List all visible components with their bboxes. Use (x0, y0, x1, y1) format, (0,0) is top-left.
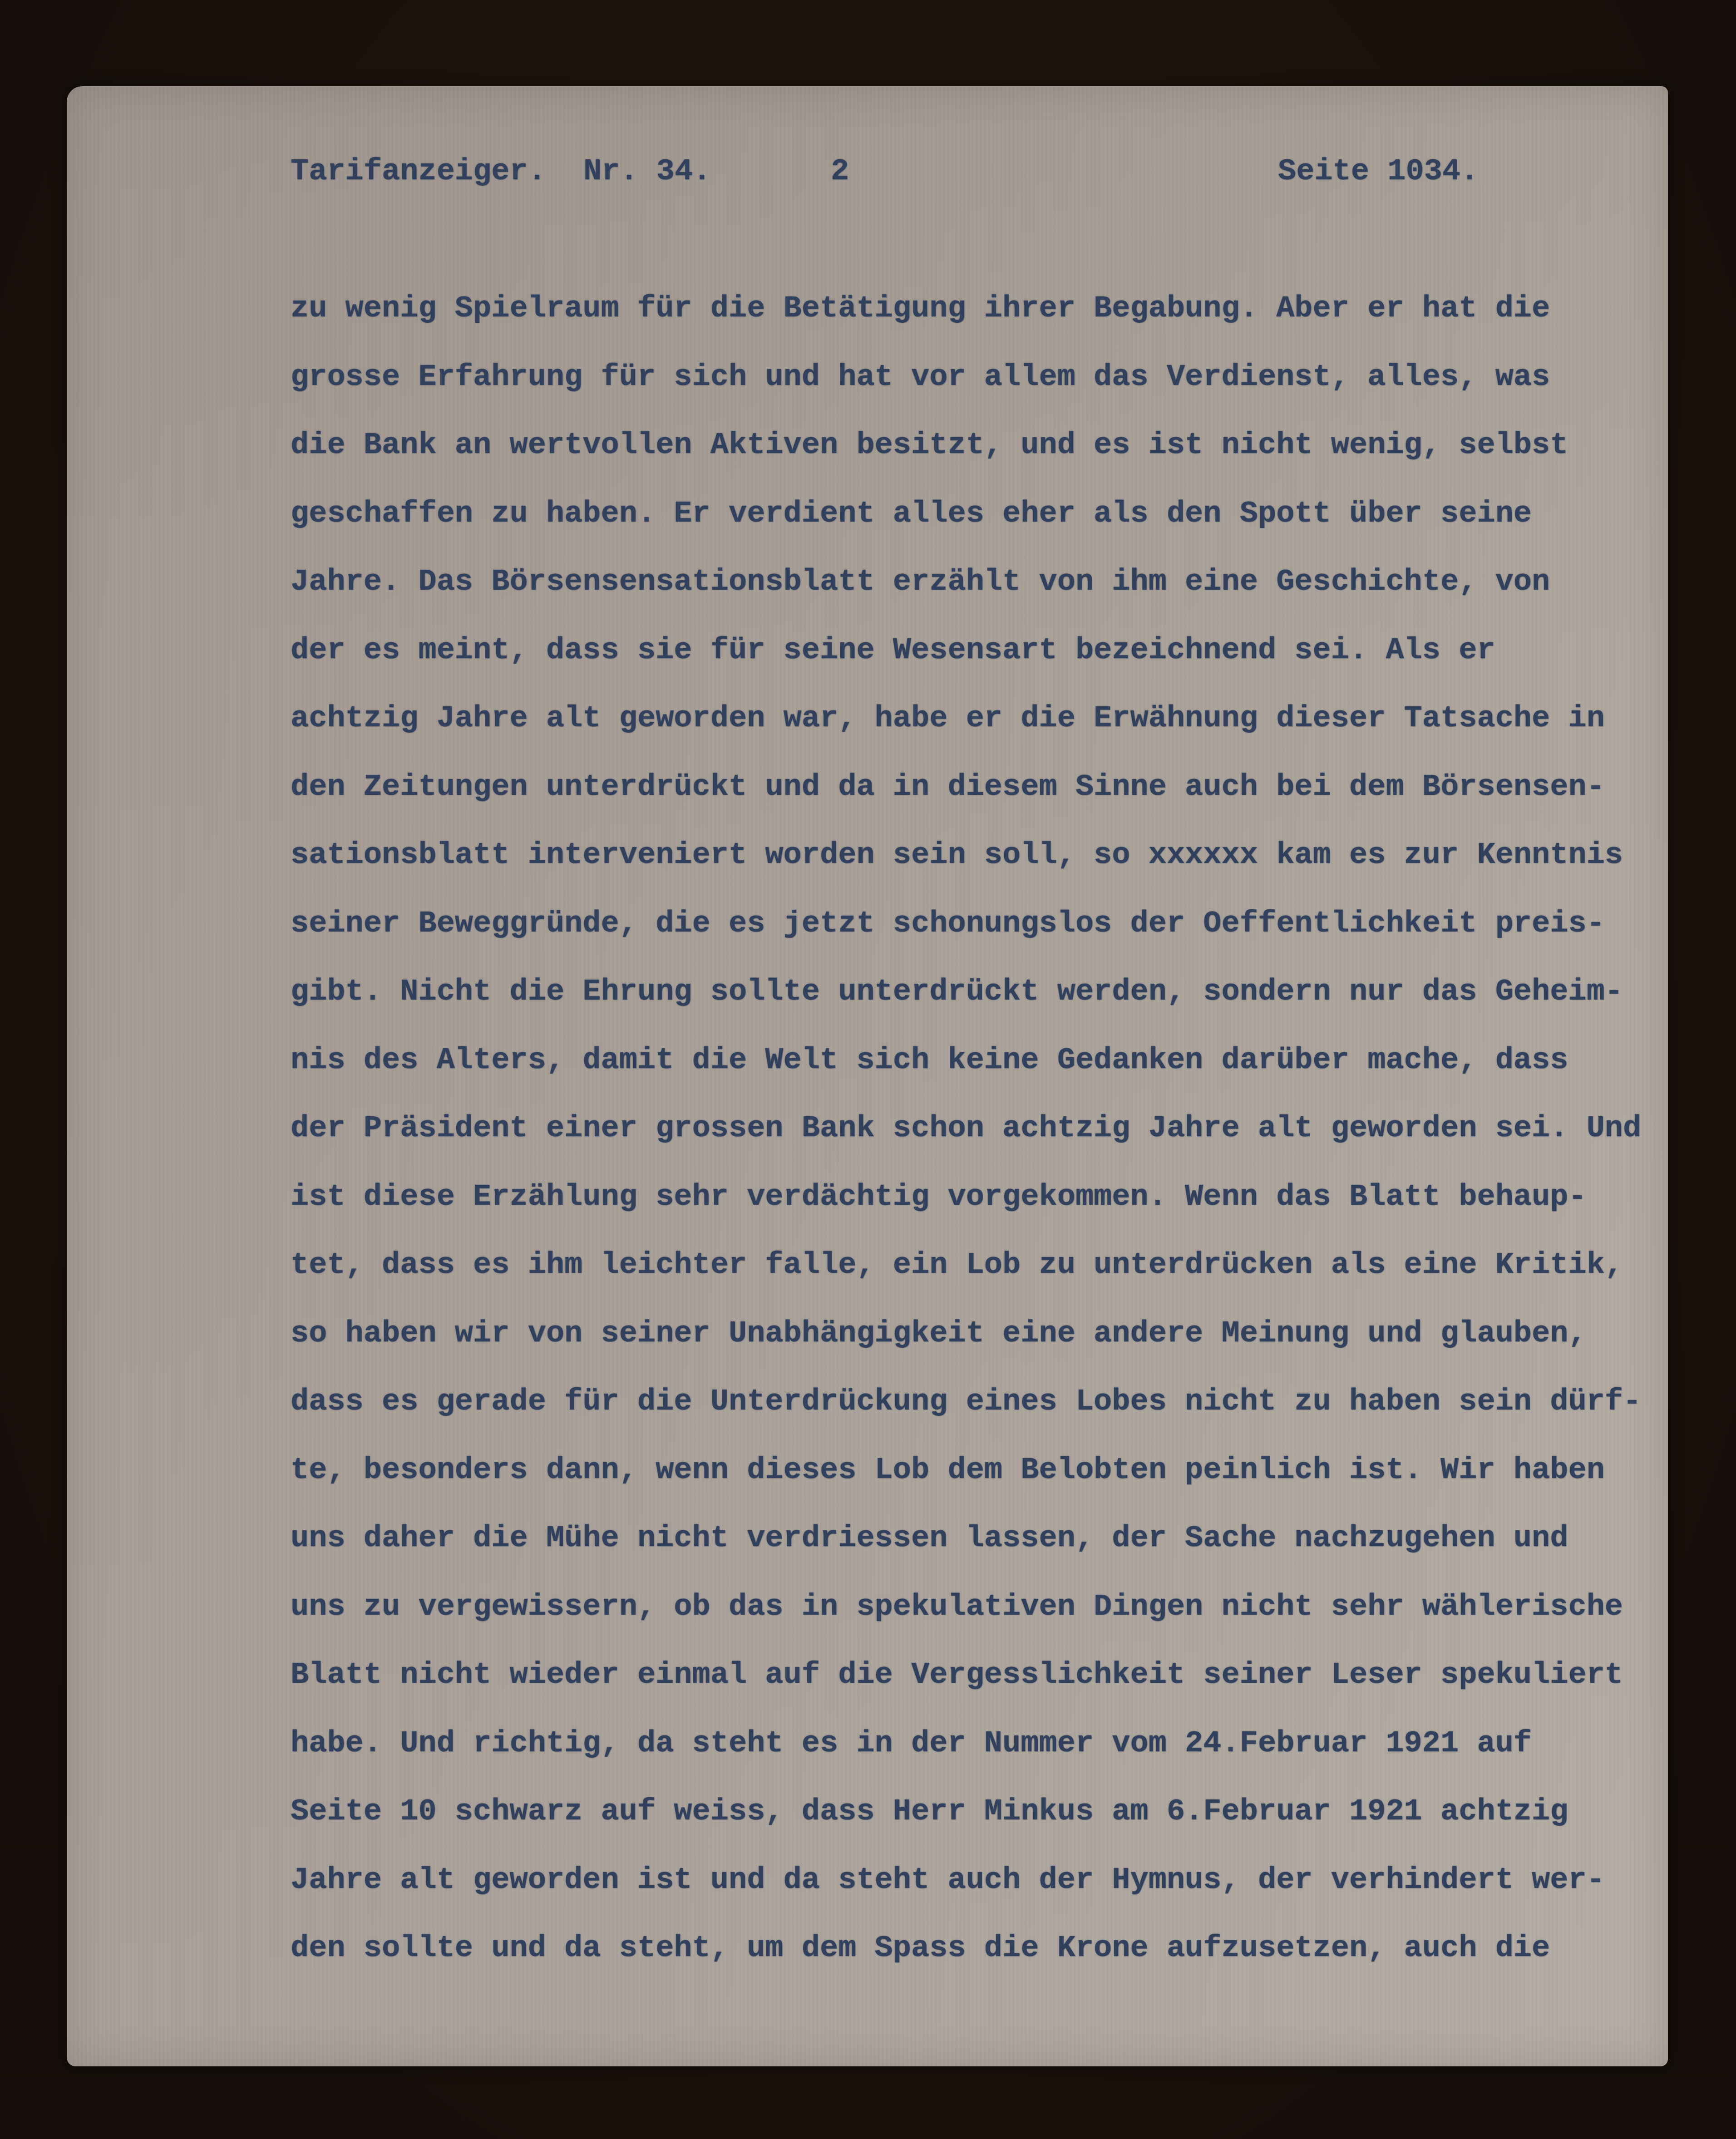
text-line: te, besonders dann, wenn dieses Lob dem … (291, 1436, 1662, 1505)
publication-title: Tarifanzeiger. (291, 154, 546, 189)
text-line: so haben wir von seiner Unabhängigkeit e… (291, 1300, 1662, 1368)
text-line: Jahre. Das Börsensensationsblatt erzählt… (291, 548, 1662, 616)
text-line: Jahre alt geworden ist und da steht auch… (291, 1846, 1662, 1915)
text-line: achtzig Jahre alt geworden war, habe er … (291, 685, 1662, 753)
text-line: gibt. Nicht die Ehrung sollte unterdrück… (291, 958, 1662, 1026)
text-line: dass es gerade für die Unterdrückung ein… (291, 1368, 1662, 1436)
text-line: nis des Alters, damit die Welt sich kein… (291, 1026, 1662, 1095)
text-line: den sollte und da steht, um dem Spass di… (291, 1914, 1662, 1983)
text-line: die Bank an wertvollen Aktiven besitzt, … (291, 411, 1662, 480)
scan-background: Tarifanzeiger. Nr. 34. 2 Seite 1034. zu … (0, 0, 1736, 2139)
document-page: Tarifanzeiger. Nr. 34. 2 Seite 1034. zu … (67, 86, 1668, 2066)
issue-number: Nr. 34. (583, 154, 711, 189)
text-line: der es meint, dass sie für seine Wesensa… (291, 616, 1662, 685)
text-line: uns zu vergewissern, ob das in spekulati… (291, 1573, 1662, 1641)
text-line: seiner Beweggründe, die es jetzt schonun… (291, 890, 1662, 958)
text-line: zu wenig Spielraum für die Betätigung ih… (291, 275, 1662, 343)
text-line: Blatt nicht wieder einmal auf die Verges… (291, 1641, 1662, 1710)
text-line: uns daher die Mühe nicht verdriessen las… (291, 1504, 1662, 1573)
text-line: habe. Und richtig, da steht es in der Nu… (291, 1710, 1662, 1778)
page-label: Seite 1034. (1278, 154, 1479, 189)
text-line: grosse Erfahrung für sich und hat vor al… (291, 343, 1662, 412)
text-line: geschaffen zu haben. Er verdient alles e… (291, 480, 1662, 548)
sheet-number: 2 (831, 154, 849, 189)
text-line: ist diese Erzählung sehr verdächtig vorg… (291, 1163, 1662, 1232)
text-line: der Präsident einer grossen Bank schon a… (291, 1094, 1662, 1163)
typewritten-text: zu wenig Spielraum für die Betätigung ih… (291, 275, 1662, 1983)
text-line: Seite 10 schwarz auf weiss, dass Herr Mi… (291, 1778, 1662, 1846)
text-line: sationsblatt interveniert worden sein so… (291, 821, 1662, 890)
text-line: den Zeitungen unterdrückt und da in dies… (291, 753, 1662, 822)
text-line: tet, dass es ihm leichter falle, ein Lob… (291, 1231, 1662, 1300)
